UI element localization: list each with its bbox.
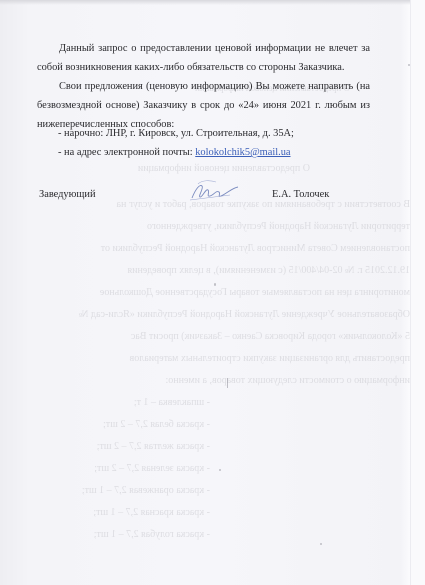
scan-speck	[227, 378, 228, 388]
method-in-person: - нарочно: ЛНР, г. Кировск, ул. Строител…	[58, 124, 294, 143]
ghost-line: - краска оранжевая 2,7 – 1 шт;	[82, 482, 210, 499]
scan-speck	[214, 283, 216, 286]
ghost-line: - шпаклевка – 1 т;	[134, 394, 210, 411]
ghost-line: предоставить для организации закупки стр…	[130, 350, 410, 367]
ghost-line: О предоставлении ценовой информации	[138, 160, 310, 177]
ghost-line: - краска зеленая 2,7 – 2 шт;	[94, 460, 210, 477]
ghost-line: территории Луганской Народной Республики…	[147, 218, 410, 235]
email-link[interactable]: kolokolchik5@mail.ua	[195, 147, 290, 158]
signatory-position: Заведующий	[39, 189, 96, 200]
ghost-line: В соответствии с требованиями по закупке…	[117, 196, 410, 213]
paragraph-line: Свои предложения (ценовую информацию) Вы…	[59, 81, 370, 92]
paragraph-disclaimer: Данный запрос о предоставлении ценовой и…	[37, 40, 370, 78]
paragraph-line: Данный запрос о предоставлении ценовой и…	[59, 43, 370, 54]
ghost-line: 5 «Колокольчик» города Кировска Саенко –…	[131, 328, 410, 345]
paragraph-line: собой возникновения каких-либо обязатель…	[37, 62, 345, 73]
scan-top-shadow	[0, 0, 425, 5]
paragraph-line: безвозмездной основе) Заказчику в срок д…	[37, 100, 370, 111]
scan-speck	[320, 543, 322, 545]
ghost-line: постановлением Совета Министров Луганско…	[101, 240, 410, 257]
scan-speck	[219, 469, 221, 471]
ghost-line: Образовательное Учреждение Луганской Нар…	[79, 306, 410, 323]
handwritten-signature-icon	[186, 178, 240, 204]
page-right-edge	[410, 0, 425, 585]
method-email: - на адрес электронной почты: kolokolchi…	[58, 143, 291, 162]
ghost-line: 19.12.2015 г. № 02-04/400/15 (с изменени…	[128, 262, 410, 279]
method-email-label: - на адрес электронной почты:	[58, 147, 195, 158]
ghost-line: мониторинга цен на поставляемые товары Г…	[100, 284, 410, 301]
ghost-line: - краска голубая 2,7 – 1 шт;	[94, 526, 210, 543]
ghost-line: информацию о стоимости следующих товаров…	[165, 372, 410, 389]
signatory-name: Е.А. Толочек	[272, 189, 329, 200]
ghost-line: - краска желтая 2,7 – 2 шт;	[97, 438, 210, 455]
ghost-line: - краска красная 2,7 – 1 шт;	[93, 504, 210, 521]
scanned-document-page: О предоставлении ценовой информации О пр…	[0, 0, 425, 585]
ghost-line: - краска белая 2,7 – 2 шт;	[103, 416, 210, 433]
